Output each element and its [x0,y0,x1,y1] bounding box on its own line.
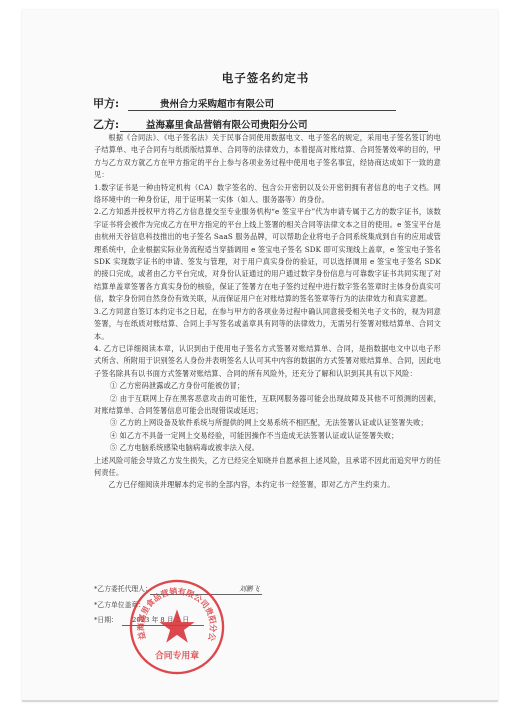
intro-paragraph: 根据《合同法》、《电子签名法》关于民事合同使用数据电文、电子签名的规定，采用电子… [94,132,441,182]
seal-bottom-text: 合同专用章 [155,649,199,661]
risk-1: ① 乙方密码泄露或乙方身份可能被仿冒； [94,380,441,392]
document-body: 根据《合同法》、《电子签名法》关于民事合同使用数据电文、电子签名的规定，采用电子… [94,132,441,492]
date-label: *日期： [94,616,118,624]
risk-5: ⑤ 乙方电脑系统感染电脑病毒或被非法入侵。 [94,442,441,454]
party-a-name: 贵州合力采购超市有限公司 [160,96,274,110]
clause-4: 4. 乙方已详细阅读本章，认识到由于使用电子签名方式签署对账结算单、合同，是指数… [94,343,441,380]
clause-3: 3.乙方同意自签订本约定书之日起，在参与甲方的各项业务过程中确认同意接受相关电子… [94,306,441,343]
party-a-underline [128,110,396,111]
party-b-name: 益海嘉里食品营销有限公司贵阳分公司 [146,117,308,131]
document-title: 电子签名约定书 [0,70,531,86]
risk-3: ③ 乙方的上网设备及软件系统与所提供的网上交易系统不相匹配，无法签署认证或认证签… [94,417,441,429]
date-line: *日期： 2023 年 8 月 2 日 [94,614,118,624]
closing-paragraph-1: 上述风险可能会导致乙方发生损失，乙方已经完全知晓并自愿承担上述风险，且承诺不因此… [94,455,441,480]
party-b: 乙方: 益海嘉里食品营销有限公司贵阳分公司 [93,116,119,132]
party-b-label: 乙方: [93,116,119,132]
closing-paragraph-2: 乙方已仔细阅读并理解本约定书的全部内容，本约定书一经签署，即对乙方产生约束力。 [94,479,441,491]
risk-2: ② 由于互联网上存在黑客恶意攻击的可能性，互联网服务器可能会出现故障及其他不可预… [94,393,441,418]
seal-star-icon [159,609,194,642]
risk-4: ④ 如乙方不具备一定网上交易经验，可能因操作不当造成无法签署认证或认证签署失败； [94,430,441,442]
party-a-label: 甲方: [93,95,119,111]
clause-2: 2.乙方知悉并授权甲方将乙方信息提交至专业服务机构“e 签宝平台”代为申请专属于… [94,206,441,305]
agent-name: 刘鹏飞 [239,583,259,593]
company-seal-stamp: 益海嘉里食品营销有限公司贵阳分公司 合同专用章 [128,578,226,676]
party-a: 甲方: 贵州合力采购超市有限公司 [93,95,119,111]
clause-1: 1.数字证书是一种由特定机构（CA）数字签名的、包含公开密钥以及公开密钥拥有者信… [94,182,441,207]
